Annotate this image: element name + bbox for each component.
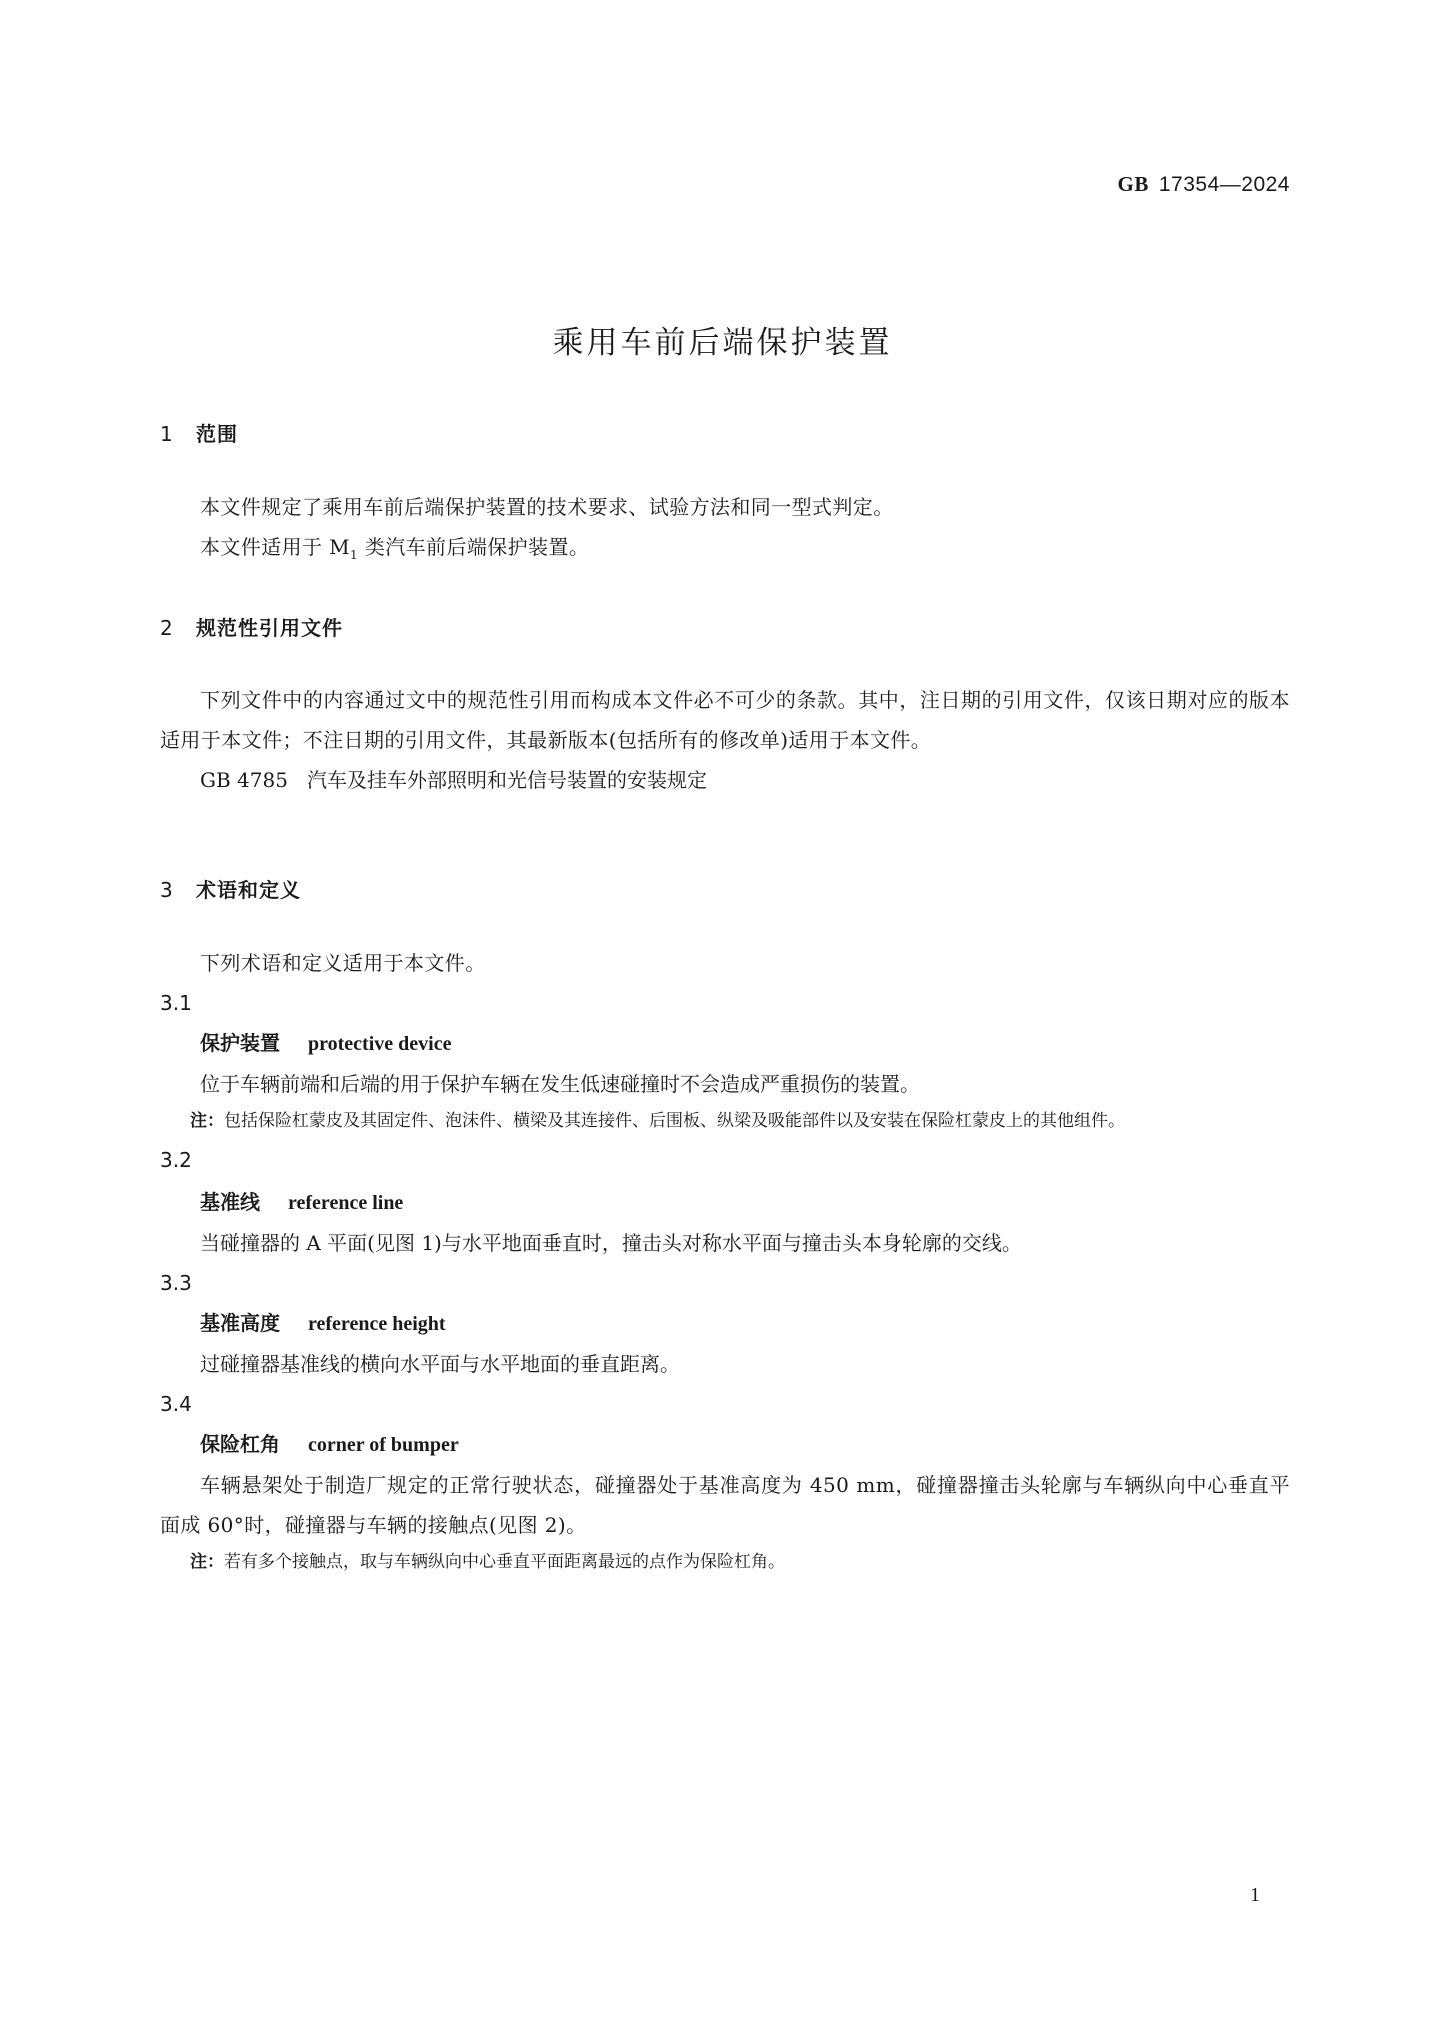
normative-reference: GB 4785 汽车及挂车外部照明和光信号装置的安装规定 (160, 760, 1290, 800)
paragraph: 本文件规定了乘用车前后端保护装置的技术要求、试验方法和同一型式判定。 (160, 487, 1290, 527)
section-number: 3 (160, 878, 196, 902)
definition: 过碰撞器基准线的横向水平面与水平地面的垂直距离。 (160, 1344, 1290, 1384)
paragraph: 本文件适用于 M1 类汽车前后端保护装置。 (160, 527, 1290, 575)
standard-code: 17354—2024 (1159, 173, 1290, 196)
section-title: 规范性引用文件 (196, 616, 343, 640)
section-title: 范围 (196, 422, 238, 446)
standard-prefix: GB (1118, 172, 1149, 196)
definition: 当碰撞器的 A 平面(见图 1)与水平地面垂直时，撞击头对称水平面与撞击头本身轮… (160, 1223, 1290, 1263)
standard-number: GB17354—2024 (1118, 172, 1290, 197)
note: 注：包括保险杠蒙皮及其固定件、泡沫件、横梁及其连接件、后围板、纵梁及吸能部件以及… (160, 1104, 1290, 1138)
section-1-body: 本文件规定了乘用车前后端保护装置的技术要求、试验方法和同一型式判定。 本文件适用… (160, 487, 1290, 575)
definition: 车辆悬架处于制造厂规定的正常行驶状态，碰撞器处于基准高度为 450 mm，碰撞器… (160, 1465, 1290, 1545)
term: 保护装置protective device (160, 1023, 1290, 1064)
section-title: 术语和定义 (196, 878, 301, 902)
section-number: 1 (160, 422, 196, 446)
clause-number: 3.4 (160, 1384, 1290, 1424)
reference-code: GB 4785 (200, 768, 288, 792)
reference-title: 汽车及挂车外部照明和光信号装置的安装规定 (307, 768, 707, 792)
paragraph: 下列术语和定义适用于本文件。 (160, 943, 1290, 983)
document-title: 乘用车前后端保护装置 (0, 317, 1445, 362)
note: 注：若有多个接触点，取与车辆纵向中心垂直平面距离最远的点作为保险杠角。 (160, 1545, 1290, 1579)
clause-number: 3.3 (160, 1263, 1290, 1303)
clause-number: 3.2 (160, 1138, 1290, 1182)
section-1-heading: 1范围 (160, 418, 1290, 447)
term: 基准高度reference height (160, 1303, 1290, 1344)
page-number: 1 (1250, 1884, 1260, 1907)
section-number: 2 (160, 616, 196, 640)
section-3-body: 下列术语和定义适用于本文件。 3.1 保护装置protective device… (160, 943, 1290, 1579)
clause-number: 3.1 (160, 983, 1290, 1023)
term: 基准线reference line (160, 1182, 1290, 1223)
section-2-body: 下列文件中的内容通过文中的规范性引用而构成本文件必不可少的条款。其中，注日期的引… (160, 680, 1290, 800)
paragraph: 下列文件中的内容通过文中的规范性引用而构成本文件必不可少的条款。其中，注日期的引… (160, 680, 1290, 760)
section-3-heading: 3术语和定义 (160, 874, 1290, 903)
term: 保险杠角corner of bumper (160, 1424, 1290, 1465)
definition: 位于车辆前端和后端的用于保护车辆在发生低速碰撞时不会造成严重损伤的装置。 (160, 1064, 1290, 1104)
section-2-heading: 2规范性引用文件 (160, 612, 1290, 641)
